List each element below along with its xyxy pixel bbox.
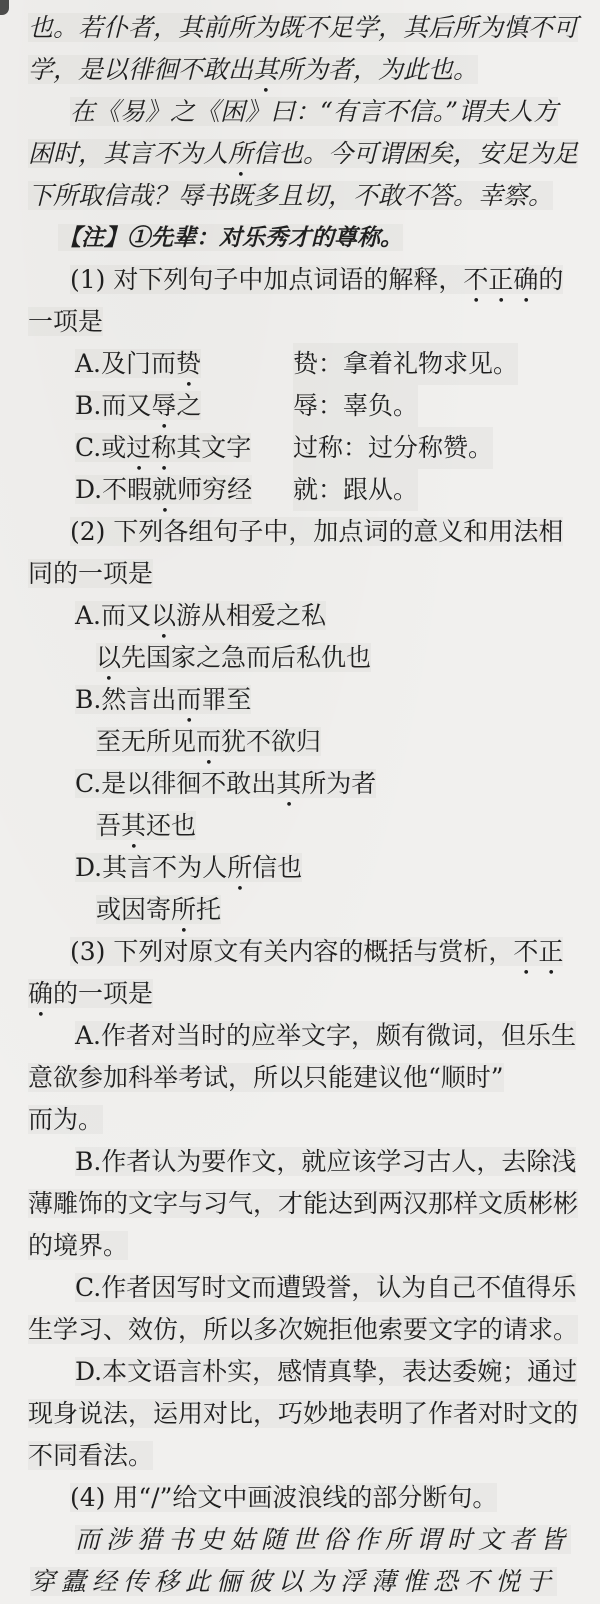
q2-option-a-line-1: A.而又以游从相爱之私 bbox=[0, 595, 600, 637]
question-1-text: 的 bbox=[538, 265, 563, 294]
passage-line: 学，是以徘徊不敢出其所为者，为此也。 bbox=[0, 49, 600, 91]
option-text: 然言出 bbox=[101, 685, 176, 714]
q3-option-d-line-1: D.本文语言朴实，感情真挚，表达委婉；通过 bbox=[0, 1351, 600, 1393]
q1-option-c: C.或过称其文字过称：过分称赞。 bbox=[0, 427, 600, 469]
q2-option-b-line-2: 至无所见而犹不欲归 bbox=[0, 721, 600, 763]
option-label: A. bbox=[75, 349, 101, 378]
option-text: 生学习、效仿，所以多次婉拒他索要文字的请求。 bbox=[28, 1315, 578, 1344]
emphasis-dot-char: 贽 bbox=[176, 349, 201, 378]
option-text: 而为。 bbox=[28, 1105, 103, 1134]
q1-option-gloss: 过称：过分称赞。 bbox=[293, 427, 493, 469]
passage-text: 信也。今可谓困矣，安足为足 bbox=[253, 139, 578, 168]
question-3-heading: (3) 下列对原文有关内容的概括与赏析，不正 bbox=[0, 931, 600, 973]
q4-punctuation-exercise-line-2: 穿蠹经传移此俪彼以为浮薄惟恐不悦于 bbox=[0, 1561, 600, 1603]
option-text: 罪至 bbox=[201, 685, 251, 714]
option-text: 其文字 bbox=[176, 433, 251, 462]
punctuation-exercise-text: 而涉猎书史姑随世俗作所谓时文者皆 bbox=[75, 1525, 571, 1554]
question-3-heading-continuation: 确的一项是 bbox=[0, 973, 600, 1015]
question-2-text: 同的一项是 bbox=[28, 559, 153, 588]
q1-option-a: A.及门而贽贽：拿着礼物求见。 bbox=[0, 343, 600, 385]
q1-option-gloss: 贽：拿着礼物求见。 bbox=[293, 343, 518, 385]
emphasis-dot-char: 不正 bbox=[513, 937, 563, 966]
q2-option-c-line-1: C.是以徘徊不敢出其所为者 bbox=[0, 763, 600, 805]
q1-option-gloss: 辱：辜负。 bbox=[293, 385, 418, 427]
q1-option-b: B.而又辱之辱：辜负。 bbox=[0, 385, 600, 427]
emphasis-dot-char: 而 bbox=[196, 727, 221, 756]
emphasis-dot-char: 不正确 bbox=[463, 265, 538, 294]
q3-option-d-line-2: 现身说法，运用对比，巧妙地表明了作者对时文的 bbox=[0, 1393, 600, 1435]
question-1-heading-continuation: 一项是 bbox=[0, 301, 600, 343]
passage-line: 也。若仆者，其前所为既不足学，其后所为慎不可 bbox=[0, 7, 600, 49]
option-label: D. bbox=[75, 853, 102, 882]
q2-option-c-line-2: 吾其还也 bbox=[0, 805, 600, 847]
option-label: C. bbox=[75, 433, 101, 462]
option-text: 作者对当时的应举文字，颇有微词，但乐生 bbox=[101, 1021, 576, 1050]
option-text: 其言不为人 bbox=[102, 853, 227, 882]
passage-text: 学，是以徘徊不敢出 bbox=[28, 55, 253, 84]
emphasis-dot-char: 而 bbox=[176, 685, 201, 714]
emphasis-dot-char: 所 bbox=[171, 895, 196, 924]
option-label: B. bbox=[75, 685, 101, 714]
question-1-text: (1) 对下列句子中加点词语的解释， bbox=[70, 265, 463, 294]
option-text: 所为者 bbox=[301, 769, 376, 798]
option-label: C. bbox=[75, 1273, 101, 1302]
q1-option-stem: D.不暇就师穷经 bbox=[75, 475, 252, 504]
option-text: 先国家之急而后私仇也 bbox=[121, 643, 371, 672]
footnote-text: 【注】①先辈：对乐秀才的尊称。 bbox=[58, 224, 403, 251]
passage-text: 下所取信哉？辱书既多且切，不敢不答。幸察。 bbox=[28, 181, 553, 210]
emphasis-dot-char: 其 bbox=[121, 811, 146, 840]
option-text: 之 bbox=[176, 391, 201, 420]
emphasis-dot-char: 确 bbox=[28, 979, 53, 1008]
passage-line: 困时，其言不为人所信也。今可谓困矣，安足为足 bbox=[0, 133, 600, 175]
option-label: B. bbox=[75, 1147, 101, 1176]
option-label: D. bbox=[75, 1357, 102, 1386]
q1-option-stem: C.或过称其文字 bbox=[75, 433, 251, 462]
option-text: 师穷经 bbox=[177, 475, 252, 504]
q2-option-a-line-2: 以先国家之急而后私仇也 bbox=[0, 637, 600, 679]
question-2-text: (2) 下列各组句子中，加点词的意义和用法相 bbox=[70, 517, 563, 546]
option-text: 现身说法，运用对比，巧妙地表明了作者对时文的 bbox=[28, 1399, 578, 1428]
q2-option-d-line-1: D.其言不为人所信也 bbox=[0, 847, 600, 889]
emphasis-dot-char: 其 bbox=[253, 55, 278, 84]
option-text: 作者因写时文而遭毁誉，认为自己不值得乐 bbox=[101, 1273, 576, 1302]
option-text: 不暇 bbox=[102, 475, 152, 504]
option-label: A. bbox=[75, 1021, 101, 1050]
q3-option-a-line-3: 而为。 bbox=[0, 1099, 600, 1141]
passage-line: 在《易》之《困》曰：“有言不信。”谓夫人方 bbox=[0, 91, 600, 133]
option-text: 吾 bbox=[96, 811, 121, 840]
q3-option-b-line-2: 薄雕饰的文字与习气，才能达到两汉那样文质彬彬 bbox=[0, 1183, 600, 1225]
passage-line: 下所取信哉？辱书既多且切，不敢不答。幸察。 bbox=[0, 175, 600, 217]
emphasis-dot-char: 过称 bbox=[126, 433, 176, 462]
question-4-text: (4) 用“/”给文中画波浪线的部分断句。 bbox=[70, 1483, 497, 1512]
exam-scan-page: 也。若仆者，其前所为既不足学，其后所为慎不可 学，是以徘徊不敢出其所为者，为此也… bbox=[0, 0, 600, 1604]
option-text: 是以徘徊不敢出 bbox=[101, 769, 276, 798]
question-3-text: (3) 下列对原文有关内容的概括与赏析， bbox=[70, 937, 513, 966]
passage-text: 困时，其言不为人 bbox=[28, 139, 228, 168]
punctuation-exercise-text: 穿蠹经传移此俪彼以为浮薄惟恐不悦于 bbox=[30, 1567, 557, 1596]
question-1-heading: (1) 对下列句子中加点词语的解释，不正确的 bbox=[0, 259, 600, 301]
option-label: C. bbox=[75, 769, 101, 798]
option-text: 托 bbox=[196, 895, 221, 924]
q2-option-b-line-1: B.然言出而罪至 bbox=[0, 679, 600, 721]
option-text: 或因寄 bbox=[96, 895, 171, 924]
q3-option-c-line-1: C.作者因写时文而遭毁誉，认为自己不值得乐 bbox=[0, 1267, 600, 1309]
option-label: B. bbox=[75, 391, 101, 420]
question-2-heading-continuation: 同的一项是 bbox=[0, 553, 600, 595]
option-text: 而又 bbox=[101, 601, 151, 630]
question-1-text: 一项是 bbox=[28, 307, 103, 336]
q3-option-b-line-3: 的境界。 bbox=[0, 1225, 600, 1267]
q1-option-gloss: 就：跟从。 bbox=[293, 469, 418, 511]
question-3-text: 的一项是 bbox=[53, 979, 153, 1008]
option-text: 还也 bbox=[146, 811, 196, 840]
q3-option-b-line-1: B.作者认为要作文，就应该学习古人，去除浅 bbox=[0, 1141, 600, 1183]
q1-option-stem: A.及门而贽 bbox=[75, 349, 201, 378]
q3-option-a-line-2: 意欲参加科举考试，所以只能建议他“顺时” bbox=[0, 1057, 600, 1099]
emphasis-dot-char: 辱 bbox=[151, 391, 176, 420]
emphasis-dot-char: 就 bbox=[152, 475, 177, 504]
q3-option-a-line-1: A.作者对当时的应举文字，颇有微词，但乐生 bbox=[0, 1015, 600, 1057]
option-text: 游从相爱之私 bbox=[176, 601, 326, 630]
emphasis-dot-char: 以 bbox=[151, 601, 176, 630]
option-text: 信也 bbox=[252, 853, 302, 882]
emphasis-dot-char: 所 bbox=[227, 853, 252, 882]
footnote-line: 【注】①先辈：对乐秀才的尊称。 bbox=[0, 217, 600, 259]
option-text: 薄雕饰的文字与习气，才能达到两汉那样文质彬彬 bbox=[28, 1189, 578, 1218]
option-text: 不同看法。 bbox=[28, 1441, 153, 1470]
option-text: 犹不欲归 bbox=[221, 727, 321, 756]
passage-text: 所为者，为此也。 bbox=[278, 55, 478, 84]
option-text: 作者认为要作文，就应该学习古人，去除浅 bbox=[101, 1147, 576, 1176]
passage-text: 也。若仆者，其前所为既不足学，其后所为慎不可 bbox=[28, 13, 578, 42]
option-text: 本文语言朴实，感情真挚，表达委婉；通过 bbox=[102, 1357, 577, 1386]
option-text: 而又 bbox=[101, 391, 151, 420]
option-text: 意欲参加科举考试，所以只能建议他“顺时” bbox=[28, 1063, 504, 1092]
q4-punctuation-exercise-line-1: 而涉猎书史姑随世俗作所谓时文者皆 bbox=[0, 1519, 600, 1561]
option-text: 的境界。 bbox=[28, 1231, 128, 1260]
q2-option-d-line-2: 或因寄所托 bbox=[0, 889, 600, 931]
emphasis-dot-char: 以 bbox=[96, 643, 121, 672]
question-2-heading: (2) 下列各组句子中，加点词的意义和用法相 bbox=[0, 511, 600, 553]
q3-option-c-line-2: 生学习、效仿，所以多次婉拒他索要文字的请求。 bbox=[0, 1309, 600, 1351]
q1-option-d: D.不暇就师穷经就：跟从。 bbox=[0, 469, 600, 511]
emphasis-dot-char: 所 bbox=[228, 139, 253, 168]
emphasis-dot-char: 其 bbox=[276, 769, 301, 798]
q1-option-stem: B.而又辱之 bbox=[75, 391, 201, 420]
option-text: 或 bbox=[101, 433, 126, 462]
question-4-heading: (4) 用“/”给文中画波浪线的部分断句。 bbox=[0, 1477, 600, 1519]
q3-option-d-line-3: 不同看法。 bbox=[0, 1435, 600, 1477]
option-text: 及门而 bbox=[101, 349, 176, 378]
option-text: 至无所见 bbox=[96, 727, 196, 756]
option-label: A. bbox=[75, 601, 101, 630]
option-label: D. bbox=[75, 475, 102, 504]
passage-text: 在《易》之《困》曰：“有言不信。”谓夫人方 bbox=[70, 97, 558, 126]
